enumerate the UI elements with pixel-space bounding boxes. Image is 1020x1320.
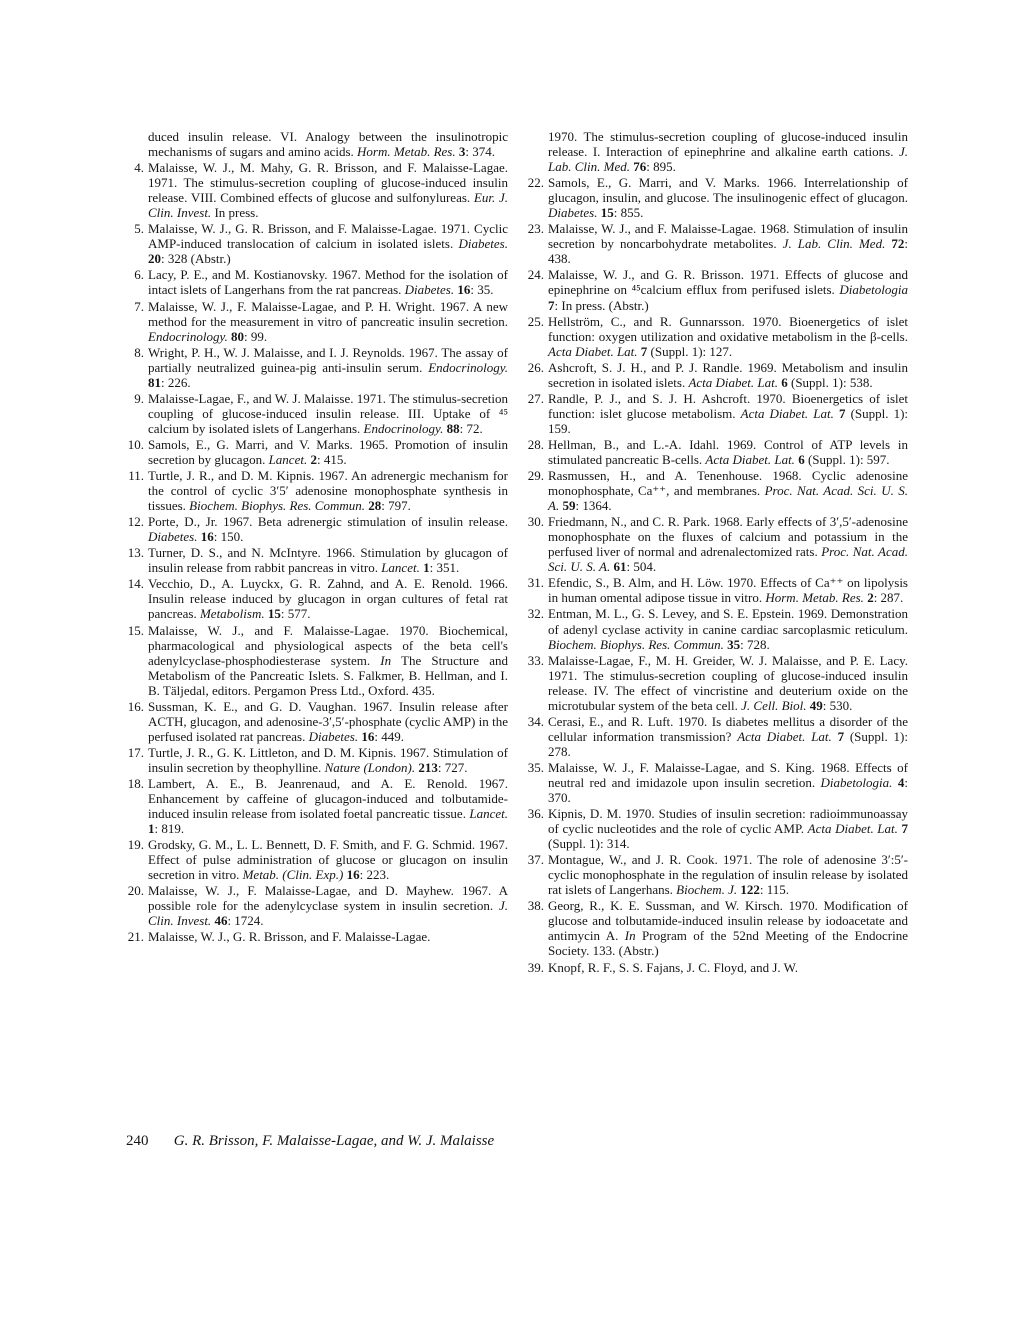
reference-pages: (Suppl. 1): 597. [805, 452, 890, 467]
reference-item: 24.Malaisse, W. J., and G. R. Brisson. 1… [526, 267, 908, 312]
volume: 80 [231, 329, 244, 344]
reference-number: 37. [524, 852, 544, 867]
reference-pages: : 72. [460, 421, 483, 436]
reference-number: 11. [124, 468, 144, 483]
reference-body: Ashcroft, S. J. H., and P. J. Randle. 19… [548, 360, 908, 390]
reference-pages: (Suppl. 1): 314. [548, 836, 630, 851]
reference-body: Efendic, S., B. Alm, and H. Löw. 1970. E… [548, 575, 908, 605]
journal-name: Diabetes. [148, 529, 197, 544]
journal-name: Diabetes. [405, 282, 454, 297]
reference-number: 27. [524, 391, 544, 406]
reference-pages: : 328 (Abstr.) [161, 251, 231, 266]
reference-item: 34.Cerasi, E., and R. Luft. 1970. Is dia… [526, 714, 908, 759]
reference-body: Malaisse, W. J., and G. R. Brisson. 1971… [548, 267, 908, 312]
reference-body: Montague, W., and J. R. Cook. 1971. The … [548, 852, 908, 897]
reference-pages: : 226. [161, 375, 191, 390]
reference-body: Turtle, J. R., G. K. Littleton, and D. M… [148, 745, 508, 775]
reference-number: 23. [524, 221, 544, 236]
reference-column-left: duced insulin release. VI. Analogy betwe… [126, 129, 508, 945]
reference-body: Rasmussen, H., and A. Tenenhouse. 1968. … [548, 468, 908, 513]
reference-item: 32.Entman, M. L., G. S. Levey, and S. E.… [526, 606, 908, 651]
journal-name: Lancet. [269, 452, 308, 467]
reference-text: 1970. The stimulus-secretion coupling of… [548, 129, 908, 159]
journal-name: Biochem. Biophys. Res. Commun. [548, 637, 724, 652]
reference-pages: : 99. [244, 329, 267, 344]
reference-number: 4. [126, 160, 144, 175]
reference-body: Knopf, R. F., S. S. Fajans, J. C. Floyd,… [548, 960, 908, 975]
reference-number: 7. [126, 299, 144, 314]
reference-number: 26. [524, 360, 544, 375]
journal-name: Endocrinology. [364, 421, 444, 436]
journal-name: Acta Diabet. Lat. [548, 344, 638, 359]
reference-item: 12.Porte, D., Jr. 1967. Beta adrenergic … [126, 514, 508, 544]
reference-text: Malaisse-Lagae, F., M. H. Greider, W. J.… [548, 653, 908, 713]
page-number: 240 [126, 1133, 170, 1150]
reference-item: 37.Montague, W., and J. R. Cook. 1971. T… [526, 852, 908, 897]
reference-item: 25.Hellström, C., and R. Gunnarsson. 197… [526, 314, 908, 359]
reference-item: 8.Wright, P. H., W. J. Malaisse, and I. … [126, 345, 508, 390]
reference-body: Malaisse-Lagae, F., and W. J. Malaisse. … [148, 391, 508, 436]
reference-item: 16.Sussman, K. E., and G. D. Vaughan. 19… [126, 699, 508, 744]
reference-item: 31.Efendic, S., B. Alm, and H. Löw. 1970… [526, 575, 908, 605]
volume: 213 [418, 760, 438, 775]
reference-pages: : 855. [614, 205, 644, 220]
reference-pages: : 728. [740, 637, 770, 652]
reference-body: Malaisse, W. J., and F. Malaisse-Lagae. … [148, 623, 508, 698]
reference-list-left: 4.Malaisse, W. J., M. Mahy, G. R. Brisso… [126, 160, 508, 944]
journal-name: Nature (London). [325, 760, 416, 775]
reference-body: Malaisse, W. J., and F. Malaisse-Lagae. … [548, 221, 908, 266]
reference-item: 17.Turtle, J. R., G. K. Littleton, and D… [126, 745, 508, 775]
reference-text: Malaisse, W. J., G. R. Brisson, and F. M… [148, 929, 430, 944]
reference-body: Entman, M. L., G. S. Levey, and S. E. Ep… [548, 606, 908, 651]
journal-name: Metab. (Clin. Exp.) [243, 867, 344, 882]
reference-body: Malaisse, W. J., F. Malaisse-Lagae, and … [148, 299, 508, 344]
journal-name: Horm. Metab. Res. [765, 590, 864, 605]
reference-pages: : 35. [470, 282, 493, 297]
pages: : 374. [465, 144, 495, 159]
reference-body: Randle, P. J., and S. J. H. Ashcroft. 19… [548, 391, 908, 436]
reference-text: Malaisse, W. J., M. Mahy, G. R. Brisson,… [148, 160, 508, 205]
reference-body: Sussman, K. E., and G. D. Vaughan. 1967.… [148, 699, 508, 744]
reference-pages: In press. [211, 205, 258, 220]
reference-pages: : 1724. [227, 913, 263, 928]
reference-pages: : 287. [874, 590, 904, 605]
reference-body: Cerasi, E., and R. Luft. 1970. Is diabet… [548, 714, 908, 759]
reference-text: Knopf, R. F., S. S. Fajans, J. C. Floyd,… [548, 960, 798, 975]
journal-name: Diabetes. [548, 205, 597, 220]
reference-body: Turtle, J. R., and D. M. Kipnis. 1967. A… [148, 468, 508, 513]
journal-name: Lancet. [381, 560, 420, 575]
reference-number: 35. [524, 760, 544, 775]
volume: 49 [810, 698, 823, 713]
reference-pages: : 449. [374, 729, 404, 744]
reference-item: 19.Grodsky, G. M., L. L. Bennett, D. F. … [126, 837, 508, 882]
journal-name: Biochem. J. [676, 882, 737, 897]
reference-text: Hellström, C., and R. Gunnarsson. 1970. … [548, 314, 908, 344]
reference-number: 34. [524, 714, 544, 729]
journal-name: Acta Diabet. Lat. [688, 375, 778, 390]
reference-body: Malaisse, W. J., F. Malaisse-Lagae, and … [148, 883, 508, 928]
reference-number: 13. [124, 545, 144, 560]
volume: 15 [601, 205, 614, 220]
reference-number: 19. [124, 837, 144, 852]
volume: 46 [214, 913, 227, 928]
reference-number: 33. [524, 653, 544, 668]
volume: 61 [613, 559, 626, 574]
reference-body: Georg, R., K. E. Sussman, and W. Kirsch.… [548, 898, 908, 958]
reference-item: 9.Malaisse-Lagae, F., and W. J. Malaisse… [126, 391, 508, 436]
reference-pages: : 150. [214, 529, 244, 544]
reference-body: Malaisse, W. J., M. Mahy, G. R. Brisson,… [148, 160, 508, 220]
reference-item: 33.Malaisse-Lagae, F., M. H. Greider, W.… [526, 653, 908, 713]
volume: 15 [268, 606, 281, 621]
reference-item: 22.Samols, E., G. Marri, and V. Marks. 1… [526, 175, 908, 220]
journal-name: Biochem. Biophys. Res. Commun. [189, 498, 365, 513]
reference-number: 5. [126, 221, 144, 236]
reference-number: 29. [524, 468, 544, 483]
reference-item: 38.Georg, R., K. E. Sussman, and W. Kirs… [526, 898, 908, 958]
reference-body: Turner, D. S., and N. McIntyre. 1966. St… [148, 545, 508, 575]
reference-continuation: duced insulin release. VI. Analogy betwe… [126, 129, 508, 159]
reference-item: 11.Turtle, J. R., and D. M. Kipnis. 1967… [126, 468, 508, 513]
reference-pages: : 223. [360, 867, 390, 882]
journal-name: Acta Diabet. Lat. [741, 406, 834, 421]
reference-item: 39.Knopf, R. F., S. S. Fajans, J. C. Flo… [526, 960, 908, 975]
reference-body: Porte, D., Jr. 1967. Beta adrenergic sti… [148, 514, 508, 544]
reference-body: Hellman, B., and L.-A. Idahl. 1969. Cont… [548, 437, 908, 467]
journal-name: J. Cell. Biol. [741, 698, 806, 713]
volume: 88 [447, 421, 460, 436]
reference-pages: : 415. [317, 452, 347, 467]
journal-page: duced insulin release. VI. Analogy betwe… [0, 0, 1020, 1320]
reference-body: Malaisse, W. J., F. Malaisse-Lagae, and … [548, 760, 908, 805]
reference-text: Lambert, A. E., B. Jeanrenaud, and A. E.… [148, 776, 508, 821]
reference-pages: : 819. [155, 821, 185, 836]
reference-item: 36.Kipnis, D. M. 1970. Studies of insuli… [526, 806, 908, 851]
reference-item: 4.Malaisse, W. J., M. Mahy, G. R. Brisso… [126, 160, 508, 220]
reference-body: Malaisse-Lagae, F., M. H. Greider, W. J.… [548, 653, 908, 713]
reference-pages: (Suppl. 1): 127. [647, 344, 732, 359]
reference-item: 15.Malaisse, W. J., and F. Malaisse-Laga… [126, 623, 508, 698]
reference-number: 22. [524, 175, 544, 190]
volume: 16 [457, 282, 470, 297]
reference-pages: : 351. [430, 560, 460, 575]
reference-number: 31. [524, 575, 544, 590]
reference-item: 23.Malaisse, W. J., and F. Malaisse-Laga… [526, 221, 908, 266]
reference-number: 18. [124, 776, 144, 791]
reference-text: Malaisse, W. J., G. R. Brisson, and F. M… [148, 221, 508, 251]
volume: 7 [902, 821, 909, 836]
reference-body: Kipnis, D. M. 1970. Studies of insulin s… [548, 806, 908, 851]
reference-item: 20.Malaisse, W. J., F. Malaisse-Lagae, a… [126, 883, 508, 928]
reference-number: 39. [524, 960, 544, 975]
volume: 59 [562, 498, 575, 513]
reference-pages: : 504. [626, 559, 656, 574]
reference-body: Friedmann, N., and C. R. Park. 1968. Ear… [548, 514, 908, 574]
reference-number: 15. [124, 623, 144, 638]
reference-pages: : 115. [760, 882, 789, 897]
reference-body: Hellström, C., and R. Gunnarsson. 1970. … [548, 314, 908, 359]
reference-column-right: 1970. The stimulus-secretion coupling of… [526, 129, 908, 976]
reference-continuation: 1970. The stimulus-secretion coupling of… [526, 129, 908, 174]
reference-text: Porte, D., Jr. 1967. Beta adrenergic sti… [148, 514, 508, 529]
journal-name: Lancet. [469, 806, 508, 821]
reference-body: Malaisse, W. J., G. R. Brisson, and F. M… [148, 929, 508, 944]
reference-pages: : 797. [381, 498, 411, 513]
reference-item: 27.Randle, P. J., and S. J. H. Ashcroft.… [526, 391, 908, 436]
reference-item: 28.Hellman, B., and L.-A. Idahl. 1969. C… [526, 437, 908, 467]
journal-name: Acta Diabet. Lat. [705, 452, 795, 467]
reference-pages: (Suppl. 1): 538. [788, 375, 873, 390]
journal-name: Diabetologia. [821, 775, 893, 790]
reference-number: 20. [124, 883, 144, 898]
journal-name: In [380, 653, 391, 668]
volume: 16 [361, 729, 374, 744]
reference-number: 36. [524, 806, 544, 821]
reference-number: 21. [124, 929, 144, 944]
reference-text: Entman, M. L., G. S. Levey, and S. E. Ep… [548, 606, 908, 636]
reference-number: 25. [524, 314, 544, 329]
reference-number: 8. [126, 345, 144, 360]
pages: : 895. [646, 159, 676, 174]
volume: 16 [347, 867, 360, 882]
reference-item: 30.Friedmann, N., and C. R. Park. 1968. … [526, 514, 908, 574]
journal-name: Acta Diabet. Lat. [737, 729, 832, 744]
reference-item: 18.Lambert, A. E., B. Jeanrenaud, and A.… [126, 776, 508, 836]
reference-text: Malaisse, W. J., F. Malaisse-Lagae, and … [148, 299, 508, 329]
reference-number: 30. [524, 514, 544, 529]
reference-number: 12. [124, 514, 144, 529]
reference-body: Wright, P. H., W. J. Malaisse, and I. J.… [148, 345, 508, 390]
journal-name: Metabolism. [200, 606, 265, 621]
journal-name: Endocrinology. [148, 329, 228, 344]
reference-pages: : 530. [823, 698, 853, 713]
reference-item: 6.Lacy, P. E., and M. Kostianovsky. 1967… [126, 267, 508, 297]
volume: 35 [727, 637, 740, 652]
reference-text: Samols, E., G. Marri, and V. Marks. 1966… [548, 175, 908, 205]
reference-pages: : 577. [281, 606, 311, 621]
reference-number: 6. [126, 267, 144, 282]
reference-item: 35.Malaisse, W. J., F. Malaisse-Lagae, a… [526, 760, 908, 805]
reference-number: 14. [124, 576, 144, 591]
reference-pages: : 727. [438, 760, 468, 775]
reference-pages: : In press. (Abstr.) [555, 298, 649, 313]
volume: 76 [633, 159, 646, 174]
reference-number: 38. [524, 898, 544, 913]
reference-body: Vecchio, D., A. Luyckx, G. R. Zahnd, and… [148, 576, 508, 621]
reference-item: 21.Malaisse, W. J., G. R. Brisson, and F… [126, 929, 508, 944]
volume: 28 [368, 498, 381, 513]
volume: 81 [148, 375, 161, 390]
reference-number: 17. [124, 745, 144, 760]
reference-item: 29.Rasmussen, H., and A. Tenenhouse. 196… [526, 468, 908, 513]
running-head: G. R. Brisson, F. Malaisse-Lagae, and W.… [174, 1133, 494, 1149]
reference-number: 9. [126, 391, 144, 406]
reference-body: Grodsky, G. M., L. L. Bennett, D. F. Smi… [148, 837, 508, 882]
page-footer: 240 G. R. Brisson, F. Malaisse-Lagae, an… [126, 1133, 494, 1150]
volume: 122 [740, 882, 760, 897]
reference-item: 7.Malaisse, W. J., F. Malaisse-Lagae, an… [126, 299, 508, 344]
reference-text: Malaisse, W. J., F. Malaisse-Lagae, and … [148, 883, 508, 913]
reference-number: 16. [124, 699, 144, 714]
journal-name: J. Lab. Clin. Med. [783, 236, 886, 251]
reference-number: 28. [524, 437, 544, 452]
journal-name: Diabetologia [839, 282, 908, 297]
reference-body: Lacy, P. E., and M. Kostianovsky. 1967. … [148, 267, 508, 297]
volume: 16 [201, 529, 214, 544]
reference-body: Samols, E., G. Marri, and V. Marks. 1966… [548, 175, 908, 220]
reference-item: 26.Ashcroft, S. J. H., and P. J. Randle.… [526, 360, 908, 390]
reference-body: Samols, E., G. Marri, and V. Marks. 1965… [148, 437, 508, 467]
journal-name: Acta Diabet. Lat. [808, 821, 898, 836]
reference-number: 24. [524, 267, 544, 282]
reference-item: 10.Samols, E., G. Marri, and V. Marks. 1… [126, 437, 508, 467]
reference-item: 13.Turner, D. S., and N. McIntyre. 1966.… [126, 545, 508, 575]
volume: 20 [148, 251, 161, 266]
reference-item: 14.Vecchio, D., A. Luyckx, G. R. Zahnd, … [126, 576, 508, 621]
reference-list-right: 22.Samols, E., G. Marri, and V. Marks. 1… [526, 175, 908, 974]
reference-number: 32. [524, 606, 544, 621]
journal-name: Endocrinology. [428, 360, 508, 375]
journal-name: Diabetes. [459, 236, 508, 251]
journal-name: Diabetes. [309, 729, 358, 744]
reference-body: Lambert, A. E., B. Jeanrenaud, and A. E.… [148, 776, 508, 836]
reference-pages: : 1364. [575, 498, 611, 513]
journal-name: In [625, 928, 636, 943]
volume: 72 [891, 236, 904, 251]
journal-name: Horm. Metab. Res. [357, 144, 456, 159]
reference-text: Lacy, P. E., and M. Kostianovsky. 1967. … [148, 267, 508, 297]
reference-item: 5.Malaisse, W. J., G. R. Brisson, and F.… [126, 221, 508, 266]
reference-number: 10. [124, 437, 144, 452]
reference-body: Malaisse, W. J., G. R. Brisson, and F. M… [148, 221, 508, 266]
